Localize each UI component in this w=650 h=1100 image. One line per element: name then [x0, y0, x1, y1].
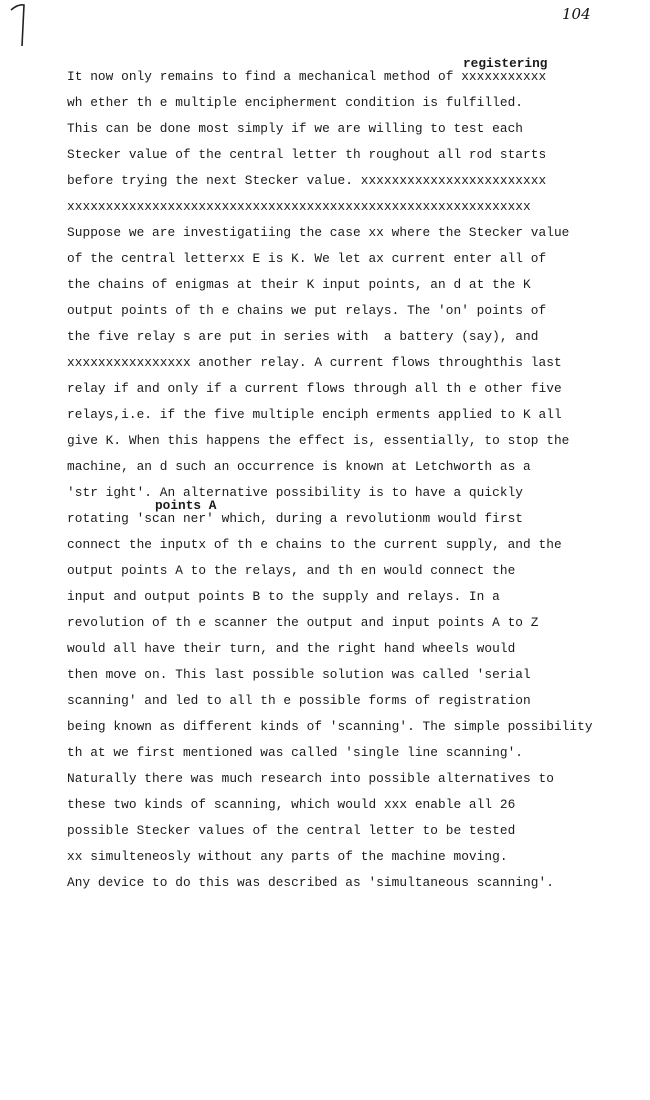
text-line: th at we first mentioned was called 'sin… [67, 745, 523, 760]
text-line: being known as different kinds of 'scann… [67, 719, 593, 734]
text-line: It now only remains to find a mechanical… [67, 69, 546, 84]
text-line: output points of th e chains we put rela… [67, 303, 546, 318]
text-line: the chains of enigmas at their K input p… [67, 277, 531, 292]
text-line: Stecker value of the central letter th r… [67, 147, 546, 162]
text-line: of the central letterxx E is K. We let a… [67, 251, 546, 266]
text-line: machine, an d such an occurrence is know… [67, 459, 531, 474]
text-line: xx simulteneosly without any parts of th… [67, 849, 508, 864]
text-line: output points A to the relays, and th en… [67, 563, 515, 578]
text-line: before trying the next Stecker value. xx… [67, 173, 546, 188]
text-line: xxxxxxxxxxxxxxxx another relay. A curren… [67, 355, 562, 370]
text-line: revolution of th e scanner the output an… [67, 615, 539, 630]
typewritten-page: 104 It now only remains to find a mechan… [0, 0, 650, 1100]
text-line: Suppose we are investigatiing the case x… [67, 225, 569, 240]
text-line: relays,i.e. if the five multiple enciph … [67, 407, 562, 422]
text-line: Any device to do this was described as '… [67, 875, 554, 890]
text-line: then move on. This last possible solutio… [67, 667, 531, 682]
handwritten-margin-mark [8, 2, 28, 48]
text-line: possible Stecker values of the central l… [67, 823, 515, 838]
text-line: connect the inputx of th e chains to the… [67, 537, 562, 552]
text-line: This can be done most simply if we are w… [67, 121, 523, 136]
text-line: the five relay s are put in series with … [67, 329, 539, 344]
text-line: relay if and only if a current flows thr… [67, 381, 562, 396]
text-line: 'str ight'. An alternative possibility i… [67, 485, 523, 500]
text-line: input and output points B to the supply … [67, 589, 500, 604]
page-number: 104 [562, 5, 591, 23]
text-line: rotating 'scan ner' which, during a revo… [67, 511, 523, 526]
text-line: Naturally there was much research into p… [67, 771, 554, 786]
text-line: xxxxxxxxxxxxxxxxxxxxxxxxxxxxxxxxxxxxxxxx… [67, 199, 531, 214]
text-line: these two kinds of scanning, which would… [67, 797, 515, 812]
text-line: wh ether th e multiple encipherment cond… [67, 95, 523, 110]
interlinear-insertion: points A [155, 498, 216, 513]
text-line: would all have their turn, and the right… [67, 641, 515, 656]
text-line: give K. When this happens the effect is,… [67, 433, 569, 448]
text-line: scanning' and led to all th e possible f… [67, 693, 531, 708]
interlinear-insertion: registering [463, 56, 547, 71]
